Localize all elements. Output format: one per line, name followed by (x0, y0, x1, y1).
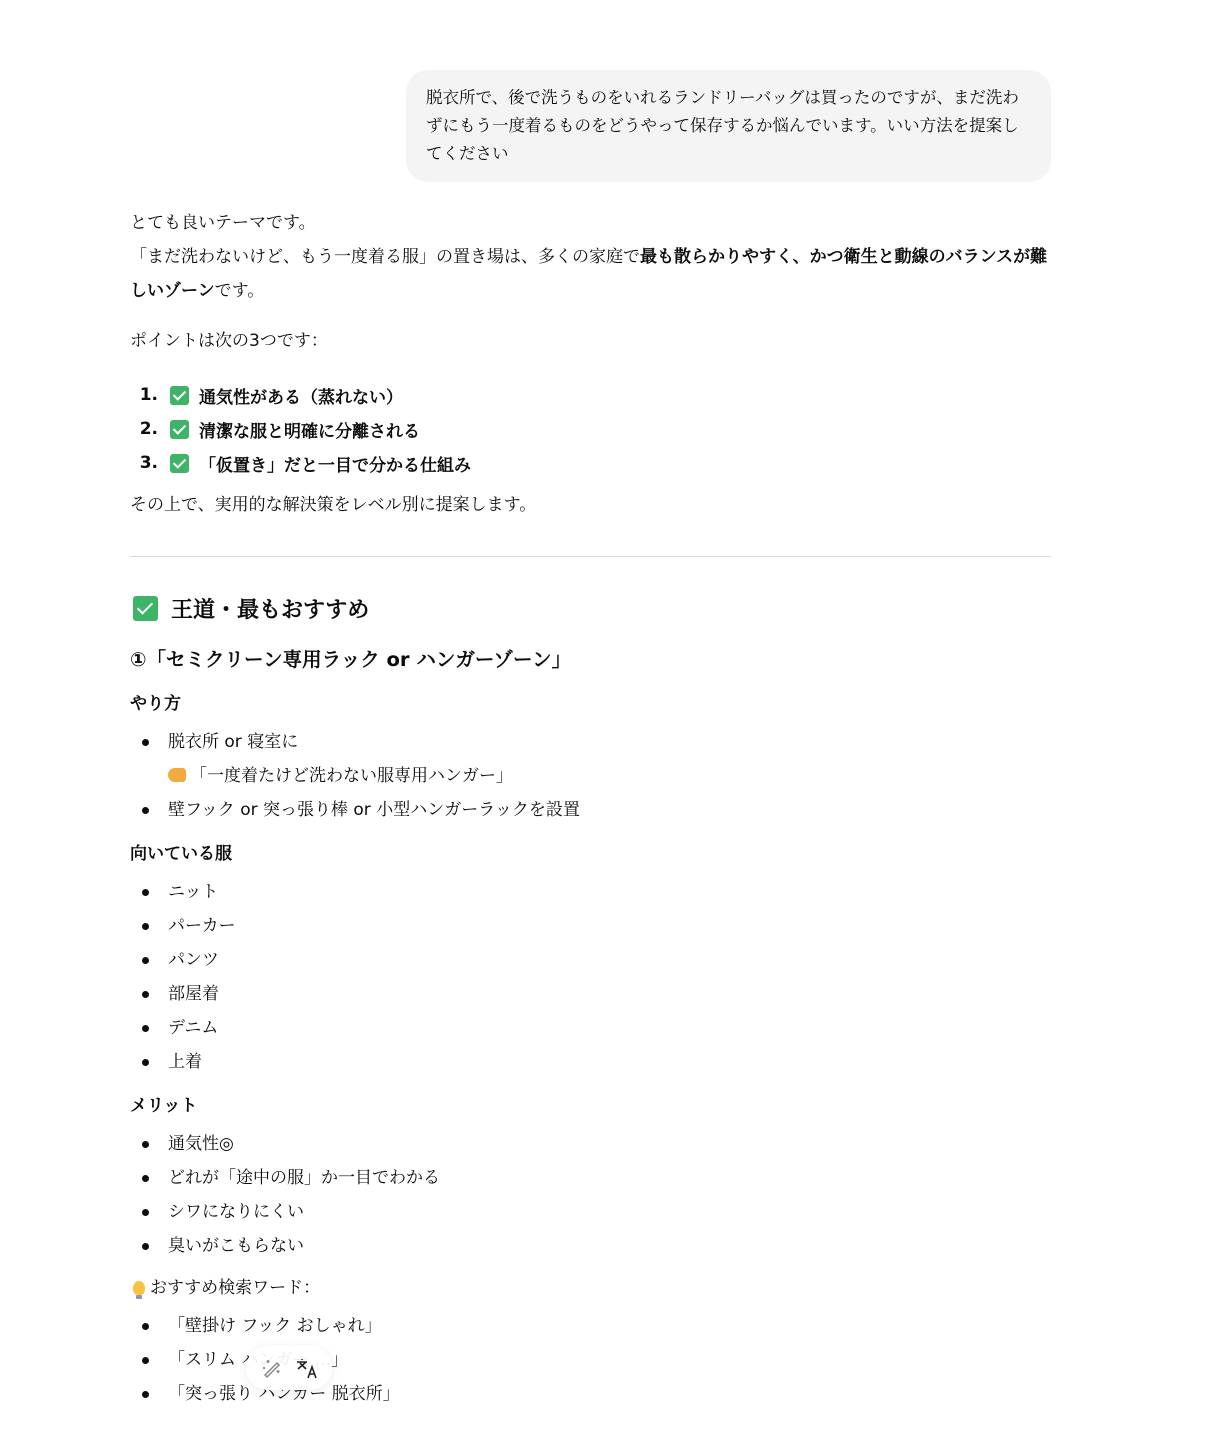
point-number: 1. (130, 385, 170, 405)
list-item: 臭いがこもらない (130, 1229, 1051, 1263)
list-item-subline: 「一度着たけど洗わない服専用ハンガー」 (168, 759, 1051, 793)
point-text: 通気性がある（蒸れない） (199, 383, 403, 408)
points-lead: ポイントは次の3つです： (130, 324, 1051, 358)
translate-icon[interactable] (292, 1353, 322, 1383)
point-number: 2. (130, 419, 170, 439)
list-item: パーカー (130, 909, 1051, 943)
section-title-text: 王道・最もおすすめ (171, 593, 369, 624)
intro-text: 「まだ洗わないけど、もう一度着る服」の置き場は、多くの家庭で (130, 247, 640, 267)
point-item: 2.清潔な服と明確に分離される (130, 412, 1051, 446)
how-list: 脱衣所 or 寝室に「一度着たけど洗わない服専用ハンガー」 壁フック or 突っ… (130, 725, 1051, 827)
check-mark-button-icon (170, 420, 189, 439)
pointing-hand-icon (168, 768, 186, 782)
list-item: パンツ (130, 943, 1051, 977)
list-item: 壁フック or 突っ張り棒 or 小型ハンガーラックを設置 (130, 793, 1051, 827)
list-item: 脱衣所 or 寝室に「一度着たけど洗わない服専用ハンガー」 (130, 725, 1051, 793)
suited-label: 向いている服 (130, 837, 1051, 871)
point-item: 1.通気性がある（蒸れない） (130, 378, 1051, 412)
section-subtitle: ①「セミクリーン専用ラック or ハンガーゾーン」 (130, 643, 1051, 677)
list-item: 通気性◎ (130, 1127, 1051, 1161)
list-item: 「壁掛け フック おしゃれ」 (130, 1309, 1051, 1343)
intro-line-2: 「まだ洗わないけど、もう一度着る服」の置き場は、多くの家庭で最も散らかりやすく、… (130, 240, 1051, 308)
points-after: その上で、実用的な解決策をレベル別に提案します。 (130, 488, 1051, 522)
user-message-row: 脱衣所で、後で洗うものをいれるランドリーバッグは買ったのですが、まだ洗わずにもう… (406, 70, 1051, 182)
list-item: 上着 (130, 1045, 1051, 1079)
assistant-message: とても良いテーマです。 「まだ洗わないけど、もう一度着る服」の置き場は、多くの家… (130, 206, 1051, 1411)
how-label: やり方 (130, 687, 1051, 721)
intro-line-1: とても良いテーマです。 (130, 206, 1051, 240)
section-title: 王道・最もおすすめ (130, 591, 1051, 625)
list-item-text: 脱衣所 or 寝室に (168, 732, 298, 752)
list-item-subtext: 「一度着たけど洗わない服専用ハンガー」 (190, 766, 513, 786)
search-tip-label: おすすめ検索ワード： (150, 1271, 320, 1305)
check-mark-button-icon (170, 386, 189, 405)
merit-list: 通気性◎ どれが「途中の服」か一目でわかる シワになりにくい 臭いがこもらない (130, 1127, 1051, 1263)
merit-label: メリット (130, 1089, 1051, 1123)
search-tip: おすすめ検索ワード： (130, 1271, 1051, 1305)
point-text: 「仮置き」だと一目で分かる仕組み (199, 451, 471, 476)
point-number: 3. (130, 453, 170, 473)
divider (130, 556, 1051, 557)
list-item: 部屋着 (130, 977, 1051, 1011)
floating-toolbar (246, 1346, 332, 1390)
magic-wand-icon[interactable] (257, 1353, 287, 1383)
point-text: 清潔な服と明確に分離される (199, 417, 420, 442)
check-mark-button-icon (133, 596, 158, 621)
points-list: 1.通気性がある（蒸れない） 2.清潔な服と明確に分離される 3.「仮置き」だと… (130, 378, 1051, 480)
list-item: デニム (130, 1011, 1051, 1045)
list-item: ニット (130, 875, 1051, 909)
suited-list: ニット パーカー パンツ 部屋着 デニム 上着 (130, 875, 1051, 1079)
check-mark-button-icon (170, 454, 189, 473)
list-item: どれが「途中の服」か一目でわかる (130, 1161, 1051, 1195)
point-item: 3.「仮置き」だと一目で分かる仕組み (130, 446, 1051, 480)
intro-end-text: です。 (215, 281, 265, 301)
list-item: シワになりにくい (130, 1195, 1051, 1229)
light-bulb-icon (133, 1281, 145, 1295)
user-message-bubble: 脱衣所で、後で洗うものをいれるランドリーバッグは買ったのですが、まだ洗わずにもう… (406, 70, 1051, 182)
